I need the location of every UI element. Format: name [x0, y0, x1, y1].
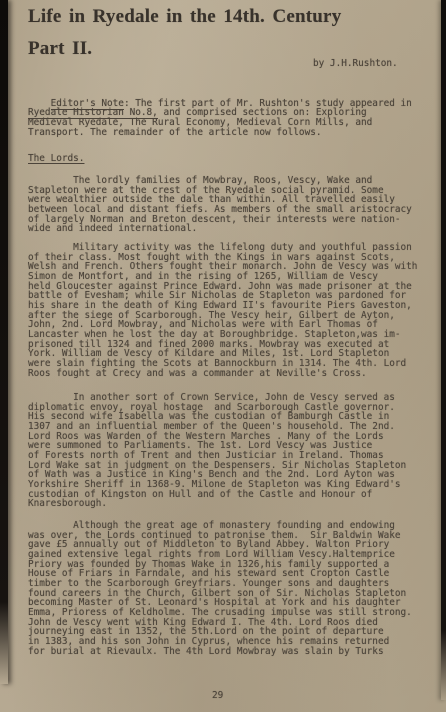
editor-note: Editor's Note: The first part of Mr. Rus…	[28, 89, 432, 147]
paragraph-2: Military activity was the lifelong duty …	[28, 243, 432, 378]
photo-edge-left	[0, 0, 8, 684]
scanned-page: Life in Ryedale in the 14th. Century Par…	[0, 0, 446, 712]
paragraph-4: Although the great age of monastery foun…	[28, 521, 432, 656]
article-title-line1: Life in Ryedale in the 14th. Century	[28, 6, 428, 28]
paragraph-1: The lordly families of Mowbray, Roos, Ve…	[28, 176, 432, 234]
byline: by J.H.Rushton.	[313, 59, 398, 69]
section-heading: The Lords.	[28, 154, 84, 164]
article-title-line2: Part II.	[28, 38, 428, 60]
page-number: 29	[212, 691, 223, 701]
photo-edge-right	[441, 0, 446, 700]
paragraph-3: In another sort of Crown Service, John d…	[28, 393, 432, 509]
